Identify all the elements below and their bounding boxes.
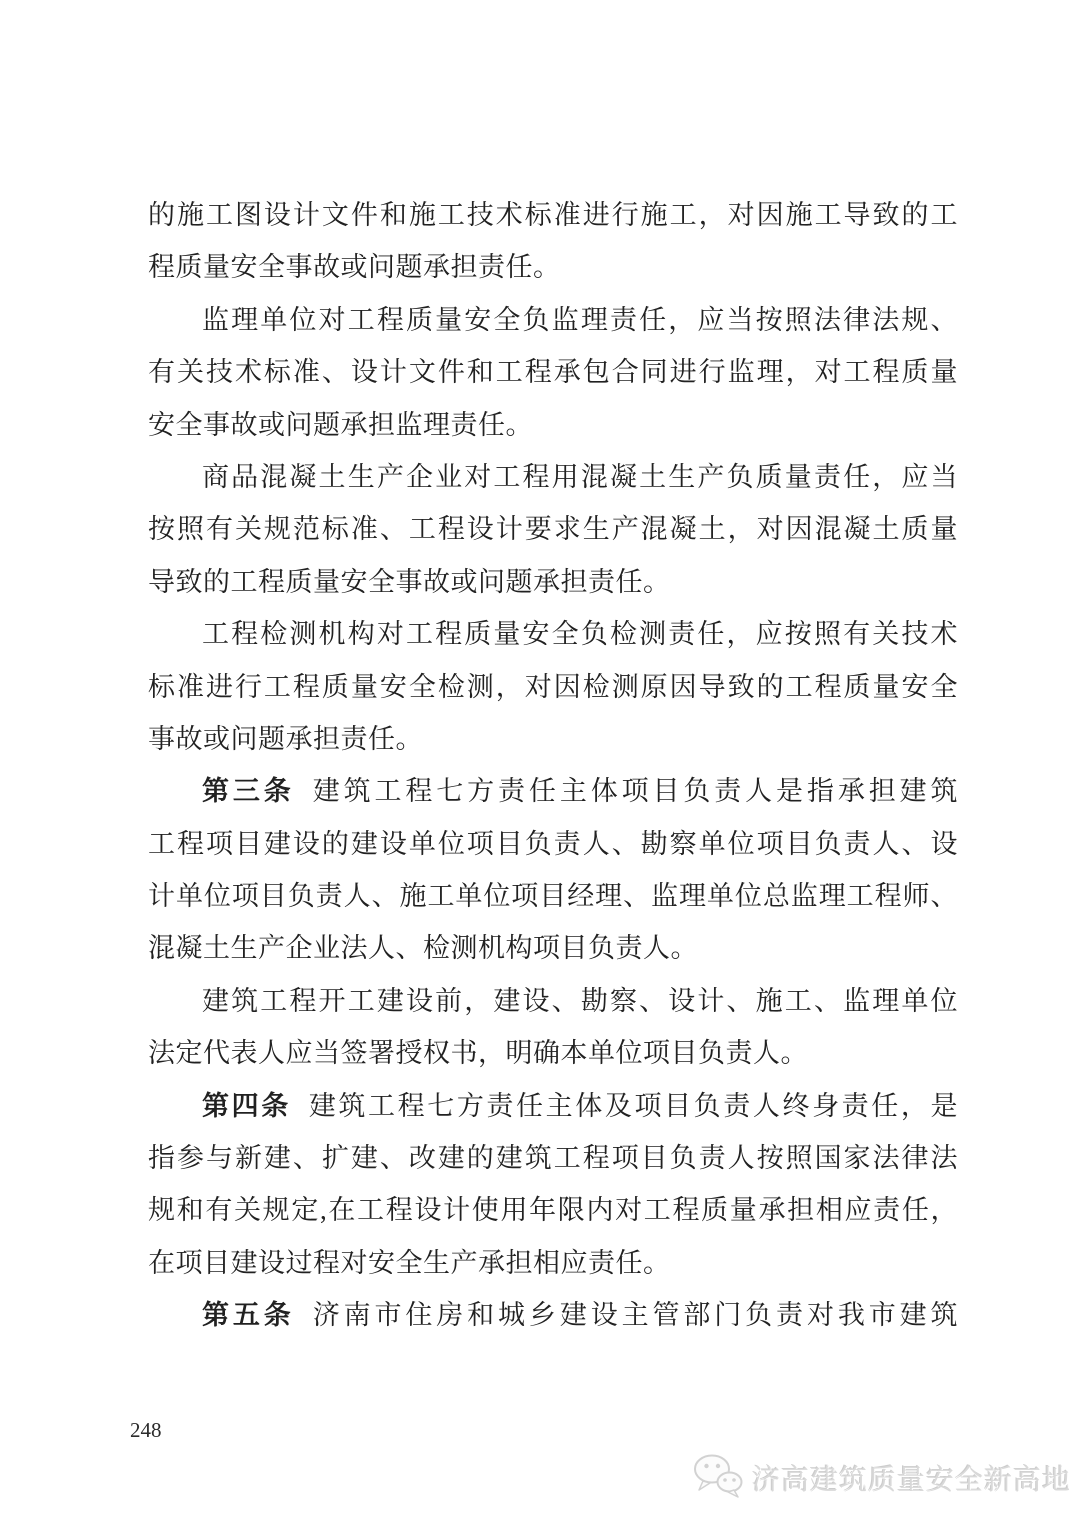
line-text: 导致的工程质量安全事故或问题承担责任。 — [148, 567, 671, 597]
text-line: 混凝土生产企业法人、检测机构项目负责人。 — [148, 922, 958, 974]
line-text: 的施工图设计文件和施工技术标准进行施工，对因施工导致的工 — [148, 200, 958, 230]
text-line: 工程检测机构对工程质量安全负检测责任，应按照有关技术 — [148, 608, 958, 660]
page-number: 248 — [130, 1418, 162, 1443]
clause-head: 第四条 — [202, 1091, 291, 1121]
line-text: 工程检测机构对工程质量安全负检测责任，应按照有关技术 — [202, 619, 958, 649]
line-text: 监理单位对工程质量安全负监理责任，应当按照法律法规、 — [202, 305, 958, 335]
text-line: 事故或问题承担责任。 — [148, 713, 958, 765]
line-text: 建筑工程七方责任主体及项目负责人终身责任，是 — [309, 1091, 958, 1121]
line-text: 在项目建设过程对安全生产承担相应责任。 — [148, 1248, 671, 1278]
text-line: 监理单位对工程质量安全负监理责任，应当按照法律法规、 — [148, 294, 958, 346]
text-line: 的施工图设计文件和施工技术标准进行施工，对因施工导致的工 — [148, 189, 958, 241]
line-text: 济南市住房和城乡建设主管部门负责对我市建筑 — [313, 1300, 958, 1330]
watermark: 济高建筑质量安全新高地 — [692, 1452, 1071, 1503]
text-line: 安全事故或问题承担监理责任。 — [148, 399, 958, 451]
text-line: 法定代表人应当签署授权书，明确本单位项目负责人。 — [148, 1027, 958, 1079]
line-text: 规和有关规定,在工程设计使用年限内对工程质量承担相应责任， — [148, 1195, 958, 1225]
text-line: 导致的工程质量安全事故或问题承担责任。 — [148, 556, 958, 608]
watermark-text: 济高建筑质量安全新高地 — [752, 1458, 1071, 1498]
line-text: 工程项目建设的建设单位项目负责人、勘察单位项目负责人、设 — [148, 829, 958, 859]
line-text: 按照有关规范标准、工程设计要求生产混凝土，对因混凝土质量 — [148, 514, 958, 544]
line-text: 商品混凝土生产企业对工程用混凝土生产负质量责任，应当 — [202, 462, 958, 492]
text-line: 在项目建设过程对安全生产承担相应责任。 — [148, 1237, 958, 1289]
text-line: 第五条济南市住房和城乡建设主管部门负责对我市建筑 — [148, 1289, 958, 1341]
line-text: 指参与新建、扩建、改建的建筑工程项目负责人按照国家法律法 — [148, 1143, 958, 1173]
line-text: 计单位项目负责人、施工单位项目经理、监理单位总监理工程师、 — [148, 881, 958, 911]
document-page: 的施工图设计文件和施工技术标准进行施工，对因施工导致的工程质量安全事故或问题承担… — [0, 0, 1080, 1527]
line-text: 建筑工程七方责任主体项目负责人是指承担建筑 — [313, 776, 958, 806]
line-text: 程质量安全事故或问题承担责任。 — [148, 252, 561, 282]
line-text: 安全事故或问题承担监理责任。 — [148, 410, 533, 440]
line-text: 有关技术标准、设计文件和工程承包合同进行监理，对工程质量 — [148, 357, 958, 387]
text-line: 计单位项目负责人、施工单位项目经理、监理单位总监理工程师、 — [148, 870, 958, 922]
line-text: 混凝土生产企业法人、检测机构项目负责人。 — [148, 933, 698, 963]
text-line: 建筑工程开工建设前，建设、勘察、设计、施工、监理单位 — [148, 975, 958, 1027]
line-text: 建筑工程开工建设前，建设、勘察、设计、施工、监理单位 — [202, 986, 958, 1016]
text-line: 指参与新建、扩建、改建的建筑工程项目负责人按照国家法律法 — [148, 1132, 958, 1184]
text-line: 程质量安全事故或问题承担责任。 — [148, 241, 958, 293]
line-text: 事故或问题承担责任。 — [148, 724, 423, 754]
text-line: 工程项目建设的建设单位项目负责人、勘察单位项目负责人、设 — [148, 818, 958, 870]
clause-head: 第三条 — [202, 776, 295, 806]
document-body: 的施工图设计文件和施工技术标准进行施工，对因施工导致的工程质量安全事故或问题承担… — [148, 189, 958, 1342]
wechat-icon — [692, 1452, 744, 1503]
text-line: 按照有关规范标准、工程设计要求生产混凝土，对因混凝土质量 — [148, 503, 958, 555]
text-line: 第四条建筑工程七方责任主体及项目负责人终身责任，是 — [148, 1080, 958, 1132]
line-text: 标准进行工程质量安全检测，对因检测原因导致的工程质量安全 — [148, 672, 958, 702]
line-text: 法定代表人应当签署授权书，明确本单位项目负责人。 — [148, 1038, 808, 1068]
text-line: 第三条建筑工程七方责任主体项目负责人是指承担建筑 — [148, 765, 958, 817]
text-line: 规和有关规定,在工程设计使用年限内对工程质量承担相应责任， — [148, 1184, 958, 1236]
text-line: 商品混凝土生产企业对工程用混凝土生产负质量责任，应当 — [148, 451, 958, 503]
clause-head: 第五条 — [202, 1300, 295, 1330]
text-line: 有关技术标准、设计文件和工程承包合同进行监理，对工程质量 — [148, 346, 958, 398]
text-line: 标准进行工程质量安全检测，对因检测原因导致的工程质量安全 — [148, 661, 958, 713]
